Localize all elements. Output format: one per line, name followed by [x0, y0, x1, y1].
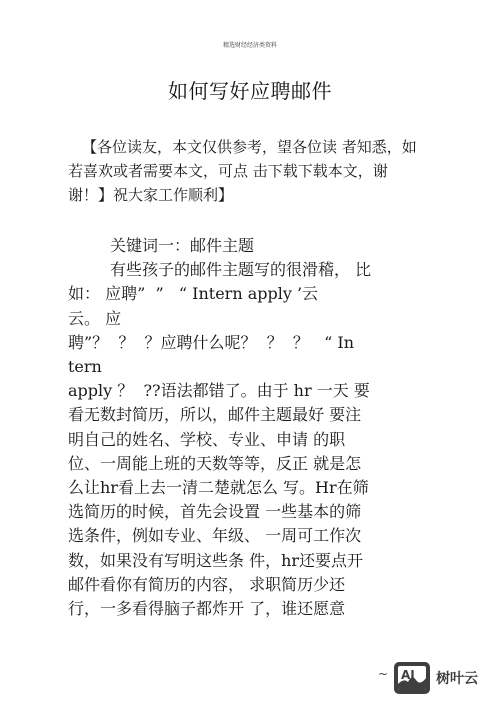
body-line: 么让hr看上去一清二楚就怎么 写。Hr在筛	[68, 476, 440, 500]
body-line: 邮件看你有简历的内容， 求职简历少还	[68, 573, 440, 597]
reader-notice: 【各位读友，本文仅供参考，望各位读 者知悉，如 若喜欢或者需要本文，可点 击下载…	[68, 135, 440, 207]
body-line: 如： 应聘” ” “ Intern apply ’云	[68, 282, 440, 306]
body-line: 明自己的姓名、学校、专业、申请 的职	[68, 428, 440, 452]
body-line: tern	[68, 355, 440, 379]
body-line: 行，一多看得脑子都炸开 了，谁还愿意	[68, 597, 440, 621]
body-line: 看无数封简历，所以，邮件主题最好 要注	[68, 403, 440, 427]
document-body: 关键词一：邮件主题 有些孩子的邮件主题写的很滑稽， 比 如： 应聘” ” “ I…	[68, 234, 440, 621]
notice-line: 谢！】祝大家工作顺利】	[68, 183, 440, 207]
body-line: 有些孩子的邮件主题写的很滑稽， 比	[68, 258, 440, 282]
notice-line: 【各位读友，本文仅供参考，望各位读 者知悉，如	[68, 135, 440, 159]
watermark-logo: ~ AI 树叶云	[378, 660, 478, 696]
svg-text:AI: AI	[401, 668, 415, 682]
body-line: 云。 应	[68, 307, 440, 331]
document-title: 如何写好应聘邮件	[0, 75, 500, 104]
ai-image-icon: AI	[394, 662, 430, 694]
page-header-source: 精选财经经济类资料	[0, 40, 500, 49]
notice-line: 若喜欢或者需要本文，可点 击下载下载本文，谢	[68, 159, 440, 183]
body-line: 选条件，例如专业、年级、 一周可工作次	[68, 524, 440, 548]
section-heading: 关键词一：邮件主题	[68, 234, 440, 258]
body-line: apply ？ ??语法都错了。由于 hr 一天 要	[68, 379, 440, 403]
body-line: 位、一周能上班的天数等等，反正 就是怎	[68, 452, 440, 476]
body-line: 选简历的时候，首先会设置 一些基本的筛	[68, 500, 440, 524]
body-line: 聘”？ ？ ？应聘什么呢？ ？ ？ “ In	[68, 331, 440, 355]
tilde-mark: ~	[378, 667, 388, 681]
brand-name: 树叶云	[436, 668, 478, 688]
body-line: 数，如果没有写明这些条 件，hr还要点开	[68, 549, 440, 573]
